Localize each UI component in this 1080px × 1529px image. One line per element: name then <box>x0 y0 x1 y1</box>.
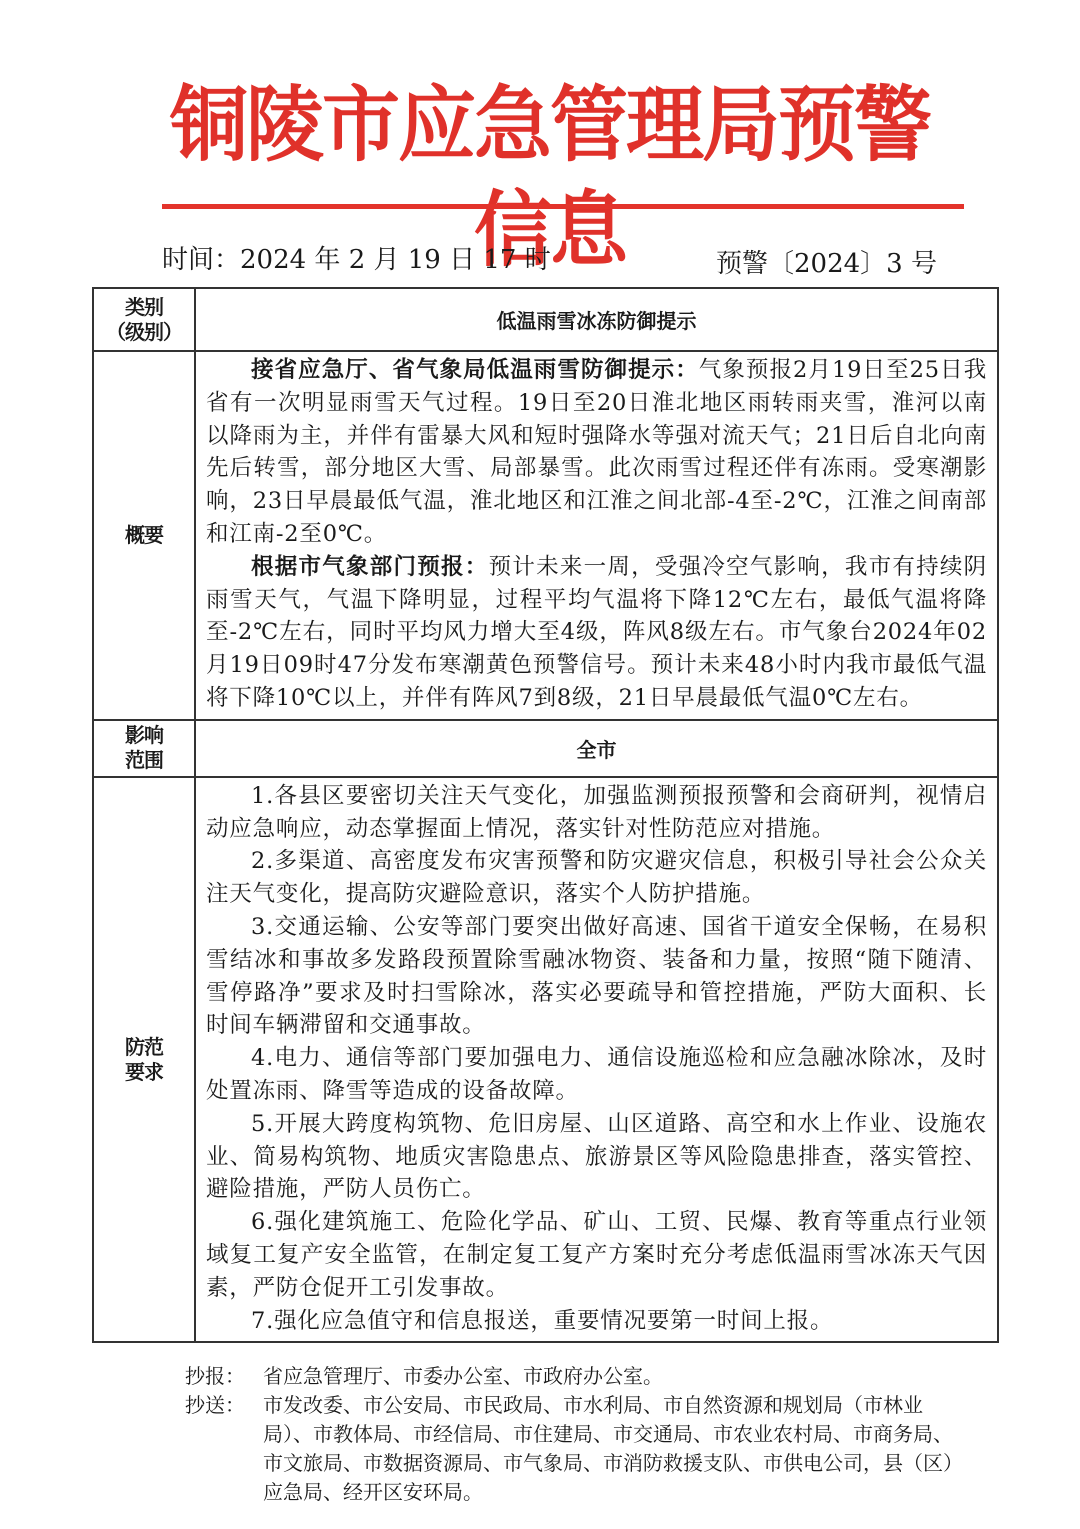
requirements-label-line1: 防范 <box>95 1035 193 1060</box>
requirements-label: 防范 要求 <box>93 777 195 1343</box>
summary-label: 概要 <box>93 351 195 720</box>
report-to-label: 抄报： <box>185 1362 263 1391</box>
requirement-item: 7.强化应急值守和信息报送，重要情况要第一时间上报。 <box>206 1305 987 1338</box>
scope-label-line1: 影响 <box>95 723 193 748</box>
warning-table: 类别 （级别） 低温雨雪冰冻防御提示 概要 接省应急厅、省气象局低温雨雪防御提示… <box>92 287 999 1343</box>
summary-row: 概要 接省应急厅、省气象局低温雨雪防御提示：气象预报2月19日至25日我省有一次… <box>93 351 998 720</box>
requirement-item: 3.交通运输、公安等部门要突出做好高速、国省干道安全保畅，在易积雪结冰和事故多发… <box>206 911 987 1042</box>
requirement-item: 6.强化建筑施工、危险化学品、矿山、工贸、民爆、教育等重点行业领域复工复产安全监… <box>206 1206 987 1304</box>
summary-paragraph-lead: 根据市气象部门预报： <box>251 554 489 580</box>
summary-paragraph-text: 气象预报2月19日至25日我省有一次明显雨雪天气过程。19日至20日淮北地区雨转… <box>206 357 987 547</box>
summary-paragraph: 根据市气象部门预报：预计未来一周，受强冷空气影响，我市有持续阴雨雪天气，气温下降… <box>206 551 987 715</box>
scope-value: 全市 <box>195 720 998 777</box>
summary-paragraph-lead: 接省应急厅、省气象局低温雨雪防御提示： <box>251 357 699 383</box>
requirement-item: 2.多渠道、高密度发布灾害预警和防灾避灾信息，积极引导社会公众关注天气变化，提高… <box>206 845 987 911</box>
requirements-label-line2: 要求 <box>95 1060 193 1085</box>
requirements-row: 防范 要求 1.各县区要密切关注天气变化，加强监测预报预警和会商研判，视情启动应… <box>93 777 998 1343</box>
report-to-list: 省应急管理厅、市委办公室、市政府办公室。 <box>263 1362 965 1391</box>
requirements-content: 1.各县区要密切关注天气变化，加强监测预报预警和会商研判，视情启动应急响应，动态… <box>195 777 998 1343</box>
category-label: 类别 （级别） <box>93 288 195 351</box>
requirement-item: 5.开展大跨度构筑物、危旧房屋、山区道路、高空和水上作业、设施农业、简易构筑物、… <box>206 1108 987 1206</box>
scope-label-line2: 范围 <box>95 748 193 773</box>
issue-time: 时间：2024 年 2 月 19 日 17 时 <box>162 240 551 280</box>
category-label-line2: （级别） <box>95 320 193 345</box>
distribution-block: 抄报： 省应急管理厅、市委办公室、市政府办公室。 抄送： 市发改委、市公安局、市… <box>185 1362 965 1507</box>
summary-content: 接省应急厅、省气象局低温雨雪防御提示：气象预报2月19日至25日我省有一次明显雨… <box>195 351 998 720</box>
category-row: 类别 （级别） 低温雨雪冰冻防御提示 <box>93 288 998 351</box>
scope-label: 影响 范围 <box>93 720 195 777</box>
copy-to-list: 市发改委、市公安局、市民政局、市水利局、市自然资源和规划局（市林业局）、市教体局… <box>263 1391 965 1507</box>
summary-paragraph: 接省应急厅、省气象局低温雨雪防御提示：气象预报2月19日至25日我省有一次明显雨… <box>206 354 987 551</box>
requirement-item: 4.电力、通信等部门要加强电力、通信设施巡检和应急融冰除冰，及时处置冻雨、降雪等… <box>206 1042 987 1108</box>
requirement-item: 1.各县区要密切关注天气变化，加强监测预报预警和会商研判，视情启动应急响应，动态… <box>206 780 987 846</box>
copy-to-row: 抄送： 市发改委、市公安局、市民政局、市水利局、市自然资源和规划局（市林业局）、… <box>185 1391 965 1507</box>
copy-to-label: 抄送： <box>185 1391 263 1507</box>
category-label-line1: 类别 <box>95 295 193 320</box>
category-value: 低温雨雪冰冻防御提示 <box>195 288 998 351</box>
warning-number: 预警〔2024〕3 号 <box>716 244 937 284</box>
title-divider <box>162 204 964 209</box>
scope-row: 影响 范围 全市 <box>93 720 998 777</box>
report-to-row: 抄报： 省应急管理厅、市委办公室、市政府办公室。 <box>185 1362 965 1391</box>
